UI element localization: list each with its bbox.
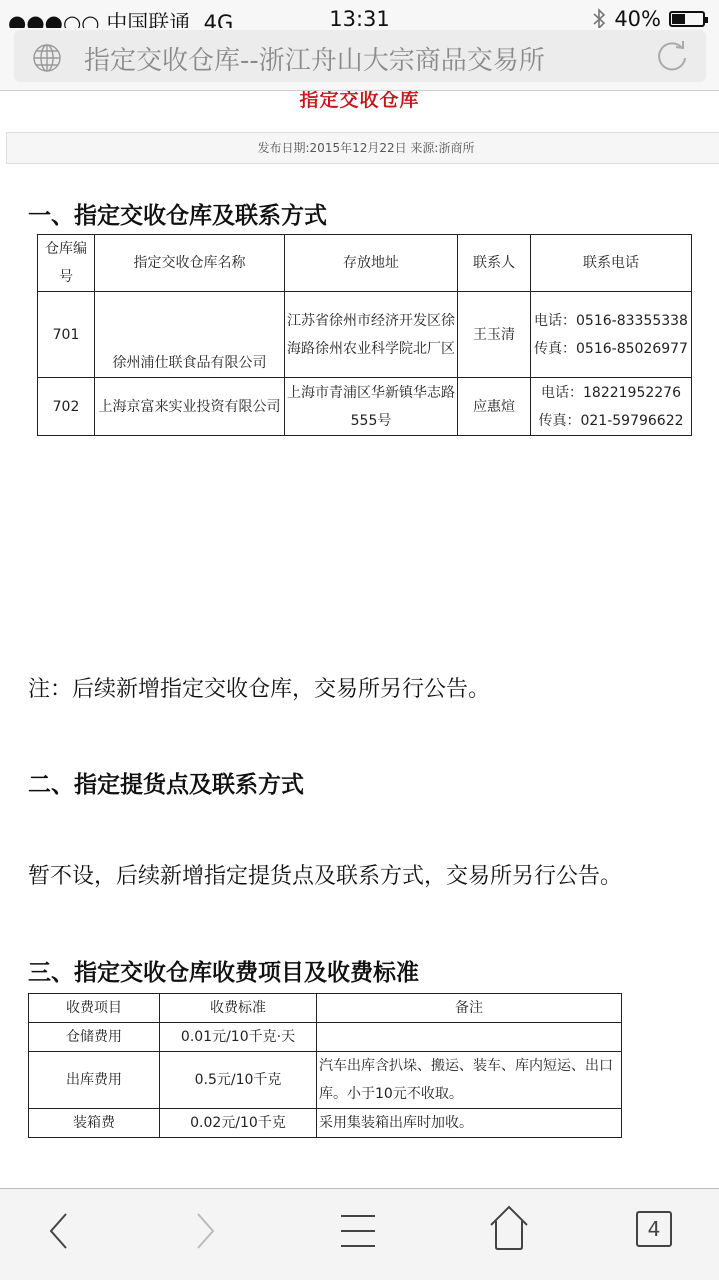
table-row: 701 徐州浦仕联食品有限公司 江苏省徐州市经济开发区徐海路徐州农业科学院北厂区… [38, 292, 692, 378]
header-cell: 备注 [317, 994, 622, 1023]
warehouse-address: 上海市青浦区华新镇华志路555号 [285, 378, 458, 436]
table-header-row: 仓库编号 指定交收仓库名称 存放地址 联系人 联系电话 [38, 235, 692, 292]
globe-icon [32, 43, 62, 73]
table-row: 702 上海京富来实业投资有限公司 上海市青浦区华新镇华志路555号 应惠煊 电… [38, 378, 692, 436]
table-row: 出库费用 0.5元/10千克 汽车出库含扒垛、搬运、装车、库内短运、出口库。小于… [29, 1052, 622, 1109]
fee-item: 出库费用 [29, 1052, 160, 1109]
reload-icon[interactable] [654, 38, 690, 74]
warehouse-id: 701 [38, 292, 95, 378]
header-cell: 指定交收仓库名称 [95, 235, 285, 292]
fee-remark [317, 1023, 622, 1052]
section3-heading: 三、指定交收仓库收费项目及收费标准 [28, 954, 419, 987]
section2-heading: 二、指定提货点及联系方式 [28, 766, 304, 799]
section2-text: 暂不设，后续新增指定提货点及联系方式，交易所另行公告。 [28, 859, 622, 890]
fee-remark: 采用集装箱出库时加收。 [317, 1109, 622, 1138]
address-bar[interactable]: 指定交收仓库--浙江舟山大宗商品交易所 [14, 30, 706, 82]
section1-note: 注：后续新增指定交收仓库，交易所另行公告。 [28, 672, 490, 703]
fee-standard: 0.5元/10千克 [160, 1052, 317, 1109]
warehouse-id: 702 [38, 378, 95, 436]
fee-item: 装箱费 [29, 1109, 160, 1138]
menu-icon[interactable] [340, 1211, 376, 1251]
header-cell: 收费项目 [29, 994, 160, 1023]
back-icon[interactable] [46, 1211, 72, 1251]
header-cell: 联系电话 [531, 235, 692, 292]
fee-item: 仓储费用 [29, 1023, 160, 1052]
browser-bottom-bar: 4 [0, 1188, 719, 1280]
warehouse-phone: 电话：18221952276 传真：021-59796622 [531, 378, 692, 436]
table-row: 仓储费用 0.01元/10千克·天 [29, 1023, 622, 1052]
header-cell: 仓库编号 [38, 235, 95, 292]
header-cell: 存放地址 [285, 235, 458, 292]
fee-standard: 0.01元/10千克·天 [160, 1023, 317, 1052]
article-meta: 发布日期:2015年12月22日 来源:浙商所 [6, 132, 719, 164]
warehouse-contact: 王玉清 [458, 292, 531, 378]
warehouse-phone: 电话：0516-83355338 传真：0516-85026977 [531, 292, 692, 378]
fee-standard: 0.02元/10千克 [160, 1109, 317, 1138]
warehouse-name: 上海京富来实业投资有限公司 [95, 378, 285, 436]
article-title: 指定交收仓库 [0, 91, 719, 112]
table-row: 装箱费 0.02元/10千克 采用集装箱出库时加收。 [29, 1109, 622, 1138]
battery-icon [669, 11, 705, 27]
section1-heading: 一、指定交收仓库及联系方式 [28, 197, 327, 230]
table-header-row: 收费项目 收费标准 备注 [29, 994, 622, 1023]
bluetooth-icon [592, 8, 606, 30]
warehouse-table: 仓库编号 指定交收仓库名称 存放地址 联系人 联系电话 701 徐州浦仕联食品有… [37, 234, 692, 436]
warehouse-address: 江苏省徐州市经济开发区徐海路徐州农业科学院北厂区 [285, 292, 458, 378]
warehouse-name: 徐州浦仕联食品有限公司 [95, 292, 285, 378]
browser-toolbar: 指定交收仓库--浙江舟山大宗商品交易所 [0, 28, 719, 91]
warehouse-contact: 应惠煊 [458, 378, 531, 436]
tabs-button[interactable]: 4 [636, 1211, 672, 1247]
header-cell: 联系人 [458, 235, 531, 292]
web-content: 指定交收仓库 发布日期:2015年12月22日 来源:浙商所 一、指定交收仓库及… [0, 91, 719, 1188]
page-title: 指定交收仓库--浙江舟山大宗商品交易所 [84, 40, 545, 77]
fee-table: 收费项目 收费标准 备注 仓储费用 0.01元/10千克·天 出库费用 0.5元… [28, 993, 622, 1138]
header-cell: 收费标准 [160, 994, 317, 1023]
home-icon[interactable] [489, 1205, 529, 1251]
forward-icon[interactable] [192, 1211, 218, 1251]
fee-remark: 汽车出库含扒垛、搬运、装车、库内短运、出口库。小于10元不收取。 [317, 1052, 622, 1109]
